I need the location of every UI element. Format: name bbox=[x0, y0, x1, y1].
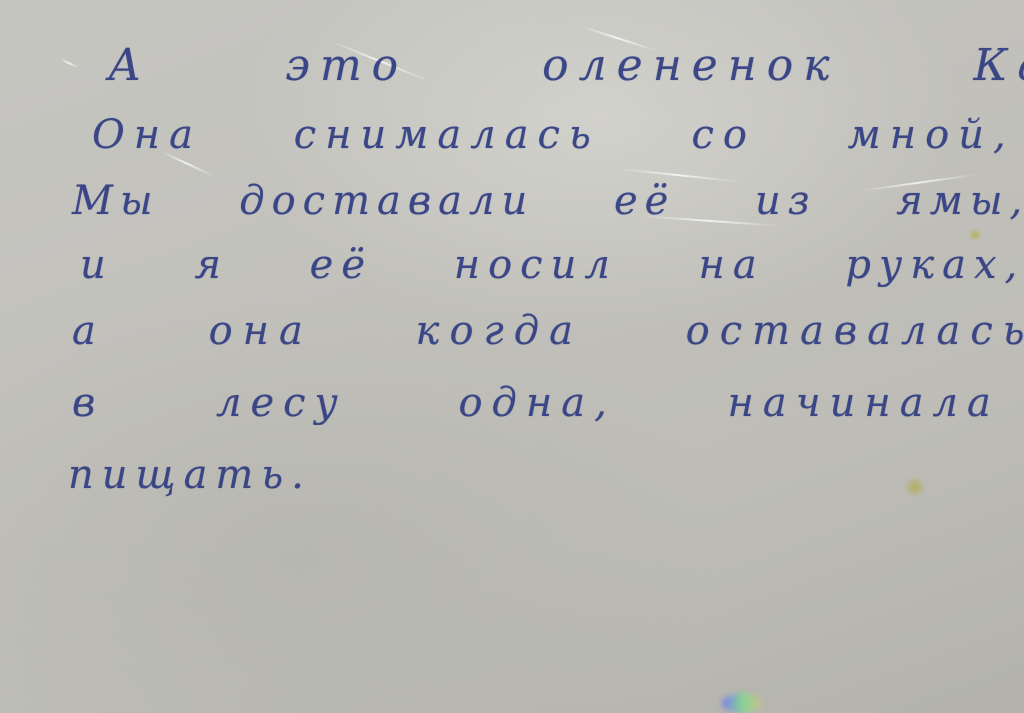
paper-stain bbox=[904, 476, 926, 498]
note-line-1: А это олененок Катя bbox=[108, 40, 1024, 91]
note-line-6: в лесу одна, начинала bbox=[72, 380, 1000, 426]
light-glare bbox=[60, 58, 79, 68]
handwritten-note-photo: А это олененок Катя Она снималась со мно… bbox=[0, 0, 1024, 713]
note-line-2: Она снималась со мной, bbox=[92, 112, 1015, 158]
note-line-4: и я её носил на руках, bbox=[80, 242, 1024, 288]
light-reflection bbox=[722, 693, 762, 713]
note-line-5: а она когда оставалась bbox=[72, 308, 1024, 354]
paper-stain bbox=[968, 228, 982, 242]
note-line-3: Мы доставали её из ямы, bbox=[72, 178, 1024, 224]
note-line-7: пищать. bbox=[68, 452, 312, 498]
